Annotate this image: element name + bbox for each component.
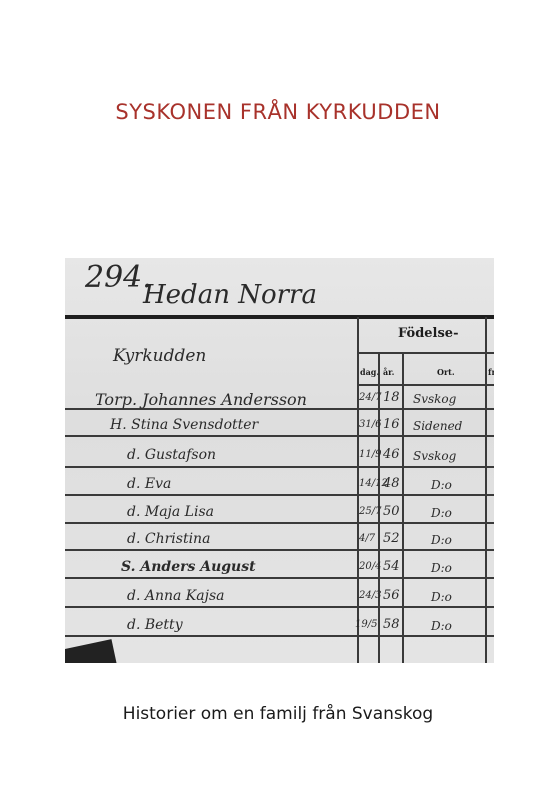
parish-register-photo: 294. Hedan Norra Födelse- dag. år. Ort. … xyxy=(65,258,494,663)
row-rule xyxy=(65,522,494,524)
row-ar: 48 xyxy=(383,476,400,491)
row-ar: 46 xyxy=(383,447,400,462)
row-ar: 52 xyxy=(383,531,400,546)
col-divider-right xyxy=(485,317,487,663)
header-fr: fr xyxy=(488,367,494,377)
page-number: 294. xyxy=(85,260,152,295)
page-corner-shadow xyxy=(65,639,117,663)
header-ort: Ort. xyxy=(437,367,455,377)
row-name: d. Anna Kajsa xyxy=(127,588,224,604)
row-rule xyxy=(65,494,494,496)
place-name: Hedan Norra xyxy=(143,280,317,310)
row-name: d. Betty xyxy=(127,617,183,633)
section-name: Kyrkudden xyxy=(113,346,206,366)
row-ort: D:o xyxy=(431,590,452,604)
row-ort: D:o xyxy=(431,506,452,520)
row-name: d. Gustafson xyxy=(127,447,216,463)
header-ar: år. xyxy=(383,367,394,377)
row-ort: Svskog xyxy=(413,449,456,463)
row-name: H. Stina Svensdotter xyxy=(110,417,258,433)
row-dag: 24/7 xyxy=(359,392,381,403)
row-ort: D:o xyxy=(431,478,452,492)
row-dag: 20/4 xyxy=(359,561,381,572)
row-name: S. Anders August xyxy=(121,559,256,575)
row-rule xyxy=(65,549,494,551)
row-dag: 19/5 xyxy=(355,619,377,630)
row-ar: 58 xyxy=(383,617,400,632)
row-ar: 50 xyxy=(383,504,400,519)
row-rule xyxy=(65,635,494,637)
book-title: SYSKONEN FRÅN KYRKUDDEN xyxy=(0,100,556,124)
header-fodelse: Födelse- xyxy=(398,326,458,341)
row-ort: D:o xyxy=(431,561,452,575)
col-divider-ar xyxy=(402,353,404,663)
top-rule xyxy=(65,315,494,319)
row-dag: 24/3 xyxy=(359,590,381,601)
row-dag: 4/7 xyxy=(359,533,375,544)
header-rule-1 xyxy=(357,352,494,354)
row-dag: 25/7 xyxy=(359,506,381,517)
row-name: d. Christina xyxy=(127,531,210,547)
row-rule xyxy=(65,435,494,437)
row-ort: Svskog xyxy=(413,392,456,406)
row-name: d. Eva xyxy=(127,476,171,492)
header-dag: dag. xyxy=(360,367,379,377)
row-dag: 31/6 xyxy=(359,419,381,430)
col-divider-left xyxy=(357,317,359,663)
row-rule xyxy=(65,606,494,608)
row-ar: 54 xyxy=(383,559,400,574)
row-ar: 18 xyxy=(383,390,400,405)
row-ar: 56 xyxy=(383,588,400,603)
header-rule-2 xyxy=(357,384,494,386)
row-ort: D:o xyxy=(431,619,452,633)
row-dag: 11/9 xyxy=(359,449,381,460)
row-rule xyxy=(65,466,494,468)
row-ort: D:o xyxy=(431,533,452,547)
row-ort: Sidened xyxy=(413,419,462,433)
book-subtitle: Historier om en familj från Svanskog xyxy=(0,704,556,724)
row-ar: 16 xyxy=(383,417,400,432)
row-rule xyxy=(65,577,494,579)
row-name: Torp. Johannes Andersson xyxy=(95,390,307,409)
row-name: d. Maja Lisa xyxy=(127,504,214,520)
